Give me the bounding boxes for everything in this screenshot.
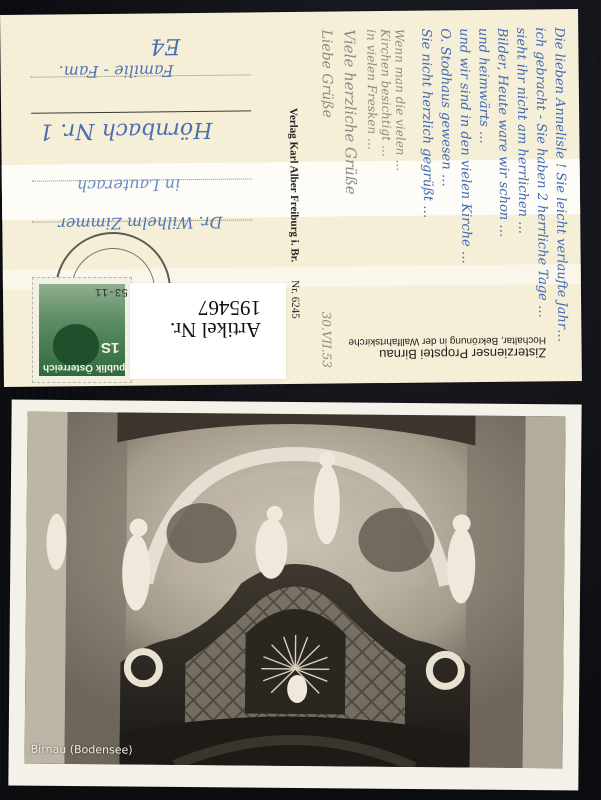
message-line: O. Stodhaus gewesen …: [438, 28, 455, 358]
address-text: Dr. Wilhelm Zimmer: [58, 213, 222, 234]
stamp-country: Republik Österreich: [43, 362, 138, 373]
publisher-name: Verlag Karl Alber Freiburg i. Br.: [287, 108, 301, 262]
pencil-line: Liebe Grüße: [320, 30, 337, 360]
message-line: und heimwärts …: [476, 28, 493, 358]
publisher-number: Nr. 6245: [289, 280, 301, 319]
altar-photo-illustration: [25, 412, 566, 769]
card-caption: Zisterzienser Propstei Birnau Hochaltar,…: [348, 334, 546, 362]
address-text: Hörnbach Nr. 1: [39, 117, 212, 144]
address-text: in Lauterach: [77, 175, 181, 195]
caption-subtitle: Hochaltar, Bekrönung in der Wallfahrtski…: [348, 334, 546, 347]
article-label-number: 195467: [170, 297, 261, 319]
stamp-value: 1S: [101, 339, 119, 356]
message-line: ich gebracht - Sie haben 2 herrliche Tag…: [533, 27, 550, 357]
altar-photo: Birnau (Bodensee): [25, 412, 566, 769]
message-line: Sie nicht herzlich gegrüßt …: [419, 29, 436, 359]
pencil-date: 30.VII.53: [319, 312, 334, 372]
message-line: Bilder, Heute ware wir schon …: [495, 28, 512, 358]
stamp-image: 1S Republik Österreich: [39, 284, 125, 376]
address-text: Familie - Fam.: [59, 61, 174, 81]
catalog-mark: E4: [150, 33, 180, 58]
article-number-label: Artikel Nr. 195467: [130, 283, 286, 379]
pencil-line: Viele herzliche Grüße: [344, 29, 361, 359]
address-line: [31, 110, 251, 113]
message-line: Die lieben Annelisle ! Sie leicht verlau…: [552, 27, 569, 357]
caption-title: Zisterzienser Propstei Birnau: [349, 345, 547, 362]
postcard-front: Birnau (Bodensee): [8, 400, 581, 791]
article-number-text: Artikel Nr. 195467: [170, 297, 261, 341]
publisher-imprint: Verlag Karl Alber Freiburg i. Br.Nr. 624…: [287, 108, 301, 319]
message-line: und wir sind in den vielen Kirche …: [457, 28, 474, 358]
photo-caption: Birnau (Bodensee): [31, 743, 133, 757]
message-line: sieht ihr nicht am herrlichen …: [514, 28, 531, 358]
stamp-portrait: [53, 324, 99, 366]
article-label-title: Artikel Nr.: [170, 319, 261, 341]
